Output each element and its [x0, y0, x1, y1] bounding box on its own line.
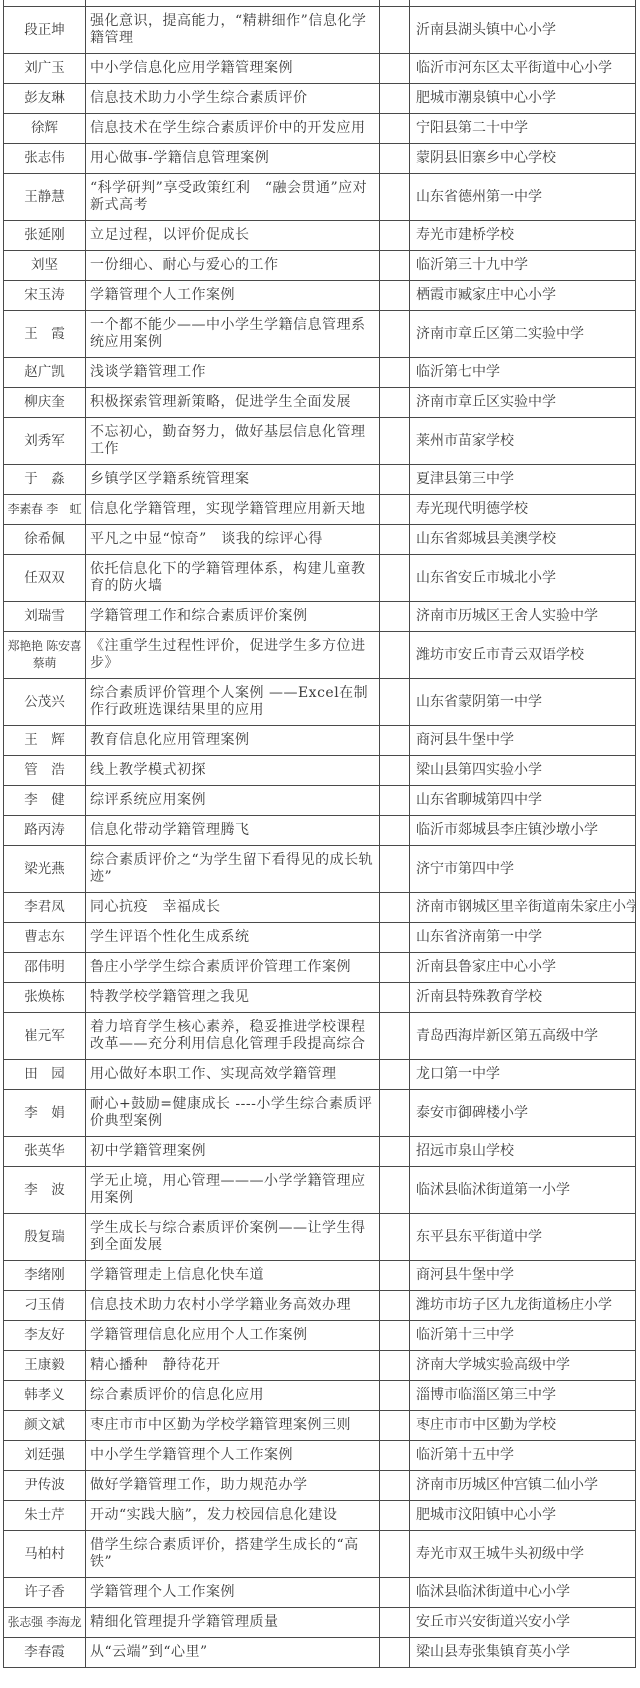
table-row: 刘坚 一份细心、耐心与爱心的工作 临沂第三十九中学 [4, 251, 636, 281]
blank-cell [380, 1578, 410, 1608]
table-row: 刘广玉 中小学信息化应用学籍管理案例 临沂市河东区太平街道中心小学 [4, 54, 636, 84]
work-title-cell: 浅谈学籍管理工作 [86, 358, 380, 388]
teacher-name-cell: 李春霞 [4, 1638, 86, 1668]
school-name-cell: 济南市章丘区实验中学 [410, 388, 636, 418]
school-name-cell: 临沭县临沭街道中心小学 [410, 1578, 636, 1608]
table-row: 赵广凯 浅谈学籍管理工作 临沂第七中学 [4, 358, 636, 388]
school-name-cell: 济南市钢城区里辛街道南朱家庄小学 [410, 893, 636, 923]
teacher-name-cell: 崔元军 [4, 1013, 86, 1060]
work-title-cell: 信息技术助力小学生综合素质评价 [86, 84, 380, 114]
work-title-cell: 学籍管理信息化应用个人工作案例 [86, 1321, 380, 1351]
blank-cell [380, 311, 410, 358]
work-title-cell: “科学研判”享受政策红利 “融会贯通”应对新式高考 [86, 174, 380, 221]
table-row: 刘秀军 不忘初心，勤奋努力，做好基层信息化管理工作 莱州市苗家学校 [4, 418, 636, 465]
teacher-name-cell: 宋玉涛 [4, 281, 86, 311]
school-name-cell: 商河县牛堡中学 [410, 1261, 636, 1291]
table-row: 张焕栋 特教学校学籍管理之我见 沂南县特殊教育学校 [4, 983, 636, 1013]
table-row: 徐辉 信息技术在学生综合素质评价中的开发应用 宁阳县第二十中学 [4, 114, 636, 144]
blank-cell [380, 418, 410, 465]
work-title-cell: 综合素质评价的信息化应用 [86, 1381, 380, 1411]
school-name-cell: 淄博市临淄区第三中学 [410, 1381, 636, 1411]
teacher-name-cell: 刘廷强 [4, 1441, 86, 1471]
blank-cell [380, 1137, 410, 1167]
blank-cell [380, 1060, 410, 1090]
teacher-name-cell: 韩孝义 [4, 1381, 86, 1411]
teacher-name-cell: 张志伟 [4, 144, 86, 174]
teacher-name-cell: 梁光燕 [4, 846, 86, 893]
blank-cell [380, 679, 410, 726]
table-row: 殷复瑞 学生成长与综合素质评价案例——让学生得到全面发展 东平县东平街道中学 [4, 1214, 636, 1261]
blank-cell [380, 1501, 410, 1531]
table-row: 段正坤 强化意识，提高能力，“精耕细作”信息化学籍管理 沂南县湖头镇中心小学 [4, 7, 636, 54]
blank-cell [380, 1471, 410, 1501]
work-title-cell: 依托信息化下的学籍管理体系，构建儿童教育的防火墙 [86, 555, 380, 602]
blank-cell [380, 786, 410, 816]
school-name-cell: 山东省安丘市城北小学 [410, 555, 636, 602]
teacher-name-cell: 田 园 [4, 1060, 86, 1090]
blank-cell [380, 1608, 410, 1638]
work-title-cell: 开动“实践大脑”，发力校园信息化建设 [86, 1501, 380, 1531]
school-name-cell: 潍坊市坊子区九龙街道杨庄小学 [410, 1291, 636, 1321]
school-name-cell: 沂南县鲁家庄中心小学 [410, 953, 636, 983]
school-name-cell: 临沭县临沭街道第一小学 [410, 1167, 636, 1214]
table-row: 任双双 依托信息化下的学籍管理体系，构建儿童教育的防火墙 山东省安丘市城北小学 [4, 555, 636, 602]
school-name-cell: 蒙阴县旧寨乡中心学校 [410, 144, 636, 174]
table-row: 梁光燕 综合素质评价之“为学生留下看得见的成长轨迹” 济宁市第四中学 [4, 846, 636, 893]
teacher-name-cell: 曹志东 [4, 923, 86, 953]
table-row: 张延刚 立足过程，以评价促成长 寿光市建桥学校 [4, 221, 636, 251]
work-title-cell: 用心做好本职工作、实现高效学籍管理 [86, 1060, 380, 1090]
blank-cell [380, 114, 410, 144]
blank-cell [380, 525, 410, 555]
table-row: 刘廷强 中小学生学籍管理个人工作案例 临沂第十五中学 [4, 1441, 636, 1471]
work-title-cell: 教育信息化应用管理案例 [86, 726, 380, 756]
table-row: 徐希佩 平凡之中显“惊奇” 谈我的综评心得 山东省郯城县美澳学校 [4, 525, 636, 555]
teacher-name-cell: 刘瑞雪 [4, 602, 86, 632]
table-row: 张志强 李海龙 精细化管理提升学籍管理质量 安丘市兴安街道兴安小学 [4, 1608, 636, 1638]
table-row: 李绪刚 学籍管理走上信息化快车道 商河县牛堡中学 [4, 1261, 636, 1291]
blank-cell [380, 54, 410, 84]
table-row: 张英华 初中学籍管理案例 招远市泉山学校 [4, 1137, 636, 1167]
teacher-name-cell: 许子香 [4, 1578, 86, 1608]
work-title-cell: 精心播种 静待花开 [86, 1351, 380, 1381]
school-name-cell: 山东省蒙阴第一中学 [410, 679, 636, 726]
work-title-cell: 学籍管理工作和综合素质评价案例 [86, 602, 380, 632]
blank-cell [380, 1351, 410, 1381]
work-title-cell: 学无止境，用心管理———小学学籍管理应用案例 [86, 1167, 380, 1214]
work-title-cell: 特教学校学籍管理之我见 [86, 983, 380, 1013]
work-title-cell: 强化意识，提高能力，“精耕细作”信息化学籍管理 [86, 7, 380, 54]
table-row: 刁玉倩 信息技术助力农村小学学籍业务高效办理 潍坊市坊子区九龙街道杨庄小学 [4, 1291, 636, 1321]
teacher-name-cell: 徐辉 [4, 114, 86, 144]
table-row: 邵伟明 鲁庄小学学生综合素质评价管理工作案例 沂南县鲁家庄中心小学 [4, 953, 636, 983]
work-title-cell: 学籍管理个人工作案例 [86, 281, 380, 311]
school-name-cell: 东平县东平街道中学 [410, 1214, 636, 1261]
teacher-name-cell: 刁玉倩 [4, 1291, 86, 1321]
school-name-cell: 山东省聊城第四中学 [410, 786, 636, 816]
work-title-cell: 综评系统应用案例 [86, 786, 380, 816]
school-name-cell: 济南大学城实验高级中学 [410, 1351, 636, 1381]
school-name-cell: 沂南县湖头镇中心小学 [410, 7, 636, 54]
table-row: 崔元军 着力培育学生核心素养，稳妥推进学校课程改革——充分利用信息化管理手段提高… [4, 1013, 636, 1060]
blank-cell [380, 1090, 410, 1137]
school-name-cell: 潍坊市安丘市青云双语学校 [410, 632, 636, 679]
table-row: 管 浩 线上教学模式初探 梁山县第四实验小学 [4, 756, 636, 786]
work-title-cell: 立足过程，以评价促成长 [86, 221, 380, 251]
school-name-cell: 莱州市苗家学校 [410, 418, 636, 465]
school-name-cell: 肥城市潮泉镇中心小学 [410, 84, 636, 114]
work-title-cell: 着力培育学生核心素养，稳妥推进学校课程改革——充分利用信息化管理手段提高综合 [86, 1013, 380, 1060]
table-row: 王静慧 “科学研判”享受政策红利 “融会贯通”应对新式高考 山东省德州第一中学 [4, 174, 636, 221]
school-name-cell: 枣庄市市中区勤为学校 [410, 1411, 636, 1441]
work-title-cell: 一个都不能少——中小学生学籍信息管理系统应用案例 [86, 311, 380, 358]
teacher-name-cell: 王 辉 [4, 726, 86, 756]
blank-cell [380, 1167, 410, 1214]
school-name-cell: 夏津县第三中学 [410, 465, 636, 495]
teacher-name-cell: 尹传波 [4, 1471, 86, 1501]
work-title-cell: 学籍管理走上信息化快车道 [86, 1261, 380, 1291]
table-row: 于 淼 乡镇学区学籍系统管理案 夏津县第三中学 [4, 465, 636, 495]
table-row: 李 娟 耐心+鼓励=健康成长 ----小学生综合素质评价典型案例 泰安市御碑楼小… [4, 1090, 636, 1137]
blank-cell [380, 221, 410, 251]
table-row: 张志伟 用心做事-学籍信息管理案例 蒙阴县旧寨乡中心学校 [4, 144, 636, 174]
teacher-name-cell: 于 淼 [4, 465, 86, 495]
work-title-cell: 信息技术在学生综合素质评价中的开发应用 [86, 114, 380, 144]
work-title-cell: 信息化学籍管理，实现学籍管理应用新天地 [86, 495, 380, 525]
work-title-cell: 中小学生学籍管理个人工作案例 [86, 1441, 380, 1471]
work-title-cell: 耐心+鼓励=健康成长 ----小学生综合素质评价典型案例 [86, 1090, 380, 1137]
blank-cell [380, 756, 410, 786]
table-row: 李素春 李 虹 信息化学籍管理，实现学籍管理应用新天地 寿光现代明德学校 [4, 495, 636, 525]
teacher-name-cell: 殷复瑞 [4, 1214, 86, 1261]
teacher-name-cell: 李 波 [4, 1167, 86, 1214]
work-title-cell: 综合素质评价管理个人案例 ——Excel在制作行政班选课结果里的应用 [86, 679, 380, 726]
work-title-cell: 信息技术助力农村小学学籍业务高效办理 [86, 1291, 380, 1321]
blank-cell [380, 1261, 410, 1291]
blank-cell [380, 893, 410, 923]
awards-table: 段正坤 强化意识，提高能力，“精耕细作”信息化学籍管理 沂南县湖头镇中心小学 刘… [3, 0, 636, 1668]
teacher-name-cell: 刘坚 [4, 251, 86, 281]
school-name-cell: 寿光现代明德学校 [410, 495, 636, 525]
school-name-cell: 临沂第三十九中学 [410, 251, 636, 281]
table-row: 李 波 学无止境，用心管理———小学学籍管理应用案例 临沭县临沭街道第一小学 [4, 1167, 636, 1214]
blank-cell [380, 84, 410, 114]
blank-cell [380, 388, 410, 418]
table-row: 王康毅 精心播种 静待花开 济南大学城实验高级中学 [4, 1351, 636, 1381]
teacher-name-cell: 郑艳艳 陈安喜 蔡萌 [4, 632, 86, 679]
table-row: 马柏村 借学生综合素质评价，搭建学生成长的“高铁” 寿光市双王城牛头初级中学 [4, 1531, 636, 1578]
table-row: 郑艳艳 陈安喜 蔡萌 《注重学生过程性评价，促进学生多方位进步》 潍坊市安丘市青… [4, 632, 636, 679]
blank-cell [380, 1214, 410, 1261]
school-name-cell: 山东省德州第一中学 [410, 174, 636, 221]
work-title-cell: 线上教学模式初探 [86, 756, 380, 786]
blank-cell [380, 465, 410, 495]
teacher-name-cell: 管 浩 [4, 756, 86, 786]
work-title-cell: 中小学信息化应用学籍管理案例 [86, 54, 380, 84]
blank-cell [380, 1381, 410, 1411]
work-title-cell: 一份细心、耐心与爱心的工作 [86, 251, 380, 281]
table-row: 李友好 学籍管理信息化应用个人工作案例 临沂第十三中学 [4, 1321, 636, 1351]
table-row: 刘瑞雪 学籍管理工作和综合素质评价案例 济南市历城区王舍人实验中学 [4, 602, 636, 632]
teacher-name-cell: 王 霞 [4, 311, 86, 358]
school-name-cell: 临沂市河东区太平街道中心小学 [410, 54, 636, 84]
table-row: 朱士芹 开动“实践大脑”，发力校园信息化建设 肥城市汶阳镇中心小学 [4, 1501, 636, 1531]
table-row: 李春霞 从“云端”到“心里” 梁山县寿张集镇育英小学 [4, 1638, 636, 1668]
school-name-cell: 寿光市建桥学校 [410, 221, 636, 251]
work-title-cell: 学籍管理个人工作案例 [86, 1578, 380, 1608]
table-row: 李 健 综评系统应用案例 山东省聊城第四中学 [4, 786, 636, 816]
teacher-name-cell: 颜文斌 [4, 1411, 86, 1441]
blank-cell [380, 1531, 410, 1578]
blank-cell [380, 174, 410, 221]
blank-cell [380, 1441, 410, 1471]
work-title-cell: 不忘初心，勤奋努力，做好基层信息化管理工作 [86, 418, 380, 465]
school-name-cell: 山东省济南第一中学 [410, 923, 636, 953]
work-title-cell: 用心做事-学籍信息管理案例 [86, 144, 380, 174]
school-name-cell: 龙口第一中学 [410, 1060, 636, 1090]
table-row: 公茂兴 综合素质评价管理个人案例 ——Excel在制作行政班选课结果里的应用 山… [4, 679, 636, 726]
teacher-name-cell: 张英华 [4, 1137, 86, 1167]
teacher-name-cell: 朱士芹 [4, 1501, 86, 1531]
work-title-cell: 同心抗疫 幸福成长 [86, 893, 380, 923]
school-name-cell: 沂南县特殊教育学校 [410, 983, 636, 1013]
teacher-name-cell: 李君凤 [4, 893, 86, 923]
work-title-cell: 鲁庄小学学生综合素质评价管理工作案例 [86, 953, 380, 983]
work-title-cell: 学生评语个性化生成系统 [86, 923, 380, 953]
school-name-cell: 临沂第十三中学 [410, 1321, 636, 1351]
work-title-cell: 积极探索管理新策略，促进学生全面发展 [86, 388, 380, 418]
school-name-cell: 临沂市郯城县李庄镇沙墩小学 [410, 816, 636, 846]
teacher-name-cell: 李 健 [4, 786, 86, 816]
work-title-cell: 做好学籍管理工作，助力规范办学 [86, 1471, 380, 1501]
table-row: 王 辉 教育信息化应用管理案例 商河县牛堡中学 [4, 726, 636, 756]
blank-cell [380, 358, 410, 388]
blank-cell [380, 983, 410, 1013]
blank-cell [380, 1321, 410, 1351]
blank-cell [380, 495, 410, 525]
school-name-cell: 山东省郯城县美澳学校 [410, 525, 636, 555]
blank-cell [380, 1291, 410, 1321]
school-name-cell: 商河县牛堡中学 [410, 726, 636, 756]
school-name-cell: 安丘市兴安街道兴安小学 [410, 1608, 636, 1638]
blank-cell [380, 602, 410, 632]
teacher-name-cell: 李素春 李 虹 [4, 495, 86, 525]
teacher-name-cell: 段正坤 [4, 7, 86, 54]
table-row: 韩孝义 综合素质评价的信息化应用 淄博市临淄区第三中学 [4, 1381, 636, 1411]
school-name-cell: 临沂第七中学 [410, 358, 636, 388]
work-title-cell: 平凡之中显“惊奇” 谈我的综评心得 [86, 525, 380, 555]
school-name-cell: 济南市历城区王舍人实验中学 [410, 602, 636, 632]
table-row: 路丙涛 信息化带动学籍管理腾飞 临沂市郯城县李庄镇沙墩小学 [4, 816, 636, 846]
blank-cell [380, 281, 410, 311]
teacher-name-cell: 公茂兴 [4, 679, 86, 726]
blank-cell [380, 1013, 410, 1060]
teacher-name-cell: 张延刚 [4, 221, 86, 251]
teacher-name-cell: 刘广玉 [4, 54, 86, 84]
school-name-cell: 泰安市御碑楼小学 [410, 1090, 636, 1137]
school-name-cell: 济南市章丘区第二实验中学 [410, 311, 636, 358]
work-title-cell: 信息化带动学籍管理腾飞 [86, 816, 380, 846]
blank-cell [380, 251, 410, 281]
blank-cell [380, 726, 410, 756]
table-row: 柳庆奎 积极探索管理新策略，促进学生全面发展 济南市章丘区实验中学 [4, 388, 636, 418]
school-name-cell: 招远市泉山学校 [410, 1137, 636, 1167]
school-name-cell: 寿光市双王城牛头初级中学 [410, 1531, 636, 1578]
work-title-cell: 乡镇学区学籍系统管理案 [86, 465, 380, 495]
teacher-name-cell: 张焕栋 [4, 983, 86, 1013]
blank-cell [380, 816, 410, 846]
school-name-cell: 肥城市汶阳镇中心小学 [410, 1501, 636, 1531]
blank-cell [380, 923, 410, 953]
teacher-name-cell: 李绪刚 [4, 1261, 86, 1291]
teacher-name-cell: 柳庆奎 [4, 388, 86, 418]
work-title-cell: 《注重学生过程性评价，促进学生多方位进步》 [86, 632, 380, 679]
school-name-cell: 济宁市第四中学 [410, 846, 636, 893]
work-title-cell: 从“云端”到“心里” [86, 1638, 380, 1668]
blank-cell [380, 1411, 410, 1441]
work-title-cell: 初中学籍管理案例 [86, 1137, 380, 1167]
teacher-name-cell: 李友好 [4, 1321, 86, 1351]
awards-table-body: 段正坤 强化意识，提高能力，“精耕细作”信息化学籍管理 沂南县湖头镇中心小学 刘… [4, 0, 636, 1668]
teacher-name-cell: 彭友琳 [4, 84, 86, 114]
blank-cell [380, 953, 410, 983]
work-title-cell: 精细化管理提升学籍管理质量 [86, 1608, 380, 1638]
teacher-name-cell: 邵伟明 [4, 953, 86, 983]
teacher-name-cell: 赵广凯 [4, 358, 86, 388]
school-name-cell: 梁山县寿张集镇育英小学 [410, 1638, 636, 1668]
blank-cell [380, 144, 410, 174]
teacher-name-cell: 徐希佩 [4, 525, 86, 555]
school-name-cell: 梁山县第四实验小学 [410, 756, 636, 786]
work-title-cell: 借学生综合素质评价，搭建学生成长的“高铁” [86, 1531, 380, 1578]
teacher-name-cell: 张志强 李海龙 [4, 1608, 86, 1638]
teacher-name-cell: 王康毅 [4, 1351, 86, 1381]
work-title-cell: 综合素质评价之“为学生留下看得见的成长轨迹” [86, 846, 380, 893]
school-name-cell: 青岛西海岸新区第五高级中学 [410, 1013, 636, 1060]
teacher-name-cell: 路丙涛 [4, 816, 86, 846]
school-name-cell: 栖霞市臧家庄中心小学 [410, 281, 636, 311]
teacher-name-cell: 王静慧 [4, 174, 86, 221]
table-row: 曹志东 学生评语个性化生成系统 山东省济南第一中学 [4, 923, 636, 953]
table-row: 颜文斌 枣庄市市中区勤为学校学籍管理案例三则 枣庄市市中区勤为学校 [4, 1411, 636, 1441]
table-row: 宋玉涛 学籍管理个人工作案例 栖霞市臧家庄中心小学 [4, 281, 636, 311]
work-title-cell: 学生成长与综合素质评价案例——让学生得到全面发展 [86, 1214, 380, 1261]
blank-cell [380, 555, 410, 602]
work-title-cell: 枣庄市市中区勤为学校学籍管理案例三则 [86, 1411, 380, 1441]
school-name-cell: 济南市历城区仲宫镇二仙小学 [410, 1471, 636, 1501]
blank-cell [380, 1638, 410, 1668]
blank-cell [380, 632, 410, 679]
teacher-name-cell: 刘秀军 [4, 418, 86, 465]
table-row: 田 园 用心做好本职工作、实现高效学籍管理 龙口第一中学 [4, 1060, 636, 1090]
table-row: 王 霞 一个都不能少——中小学生学籍信息管理系统应用案例 济南市章丘区第二实验中… [4, 311, 636, 358]
teacher-name-cell: 马柏村 [4, 1531, 86, 1578]
table-row: 许子香 学籍管理个人工作案例 临沭县临沭街道中心小学 [4, 1578, 636, 1608]
blank-cell [380, 846, 410, 893]
blank-cell [380, 7, 410, 54]
school-name-cell: 宁阳县第二十中学 [410, 114, 636, 144]
teacher-name-cell: 李 娟 [4, 1090, 86, 1137]
table-row: 李君凤 同心抗疫 幸福成长 济南市钢城区里辛街道南朱家庄小学 [4, 893, 636, 923]
teacher-name-cell: 任双双 [4, 555, 86, 602]
table-row: 彭友琳 信息技术助力小学生综合素质评价 肥城市潮泉镇中心小学 [4, 84, 636, 114]
school-name-cell: 临沂第十五中学 [410, 1441, 636, 1471]
table-row: 尹传波 做好学籍管理工作，助力规范办学 济南市历城区仲宫镇二仙小学 [4, 1471, 636, 1501]
